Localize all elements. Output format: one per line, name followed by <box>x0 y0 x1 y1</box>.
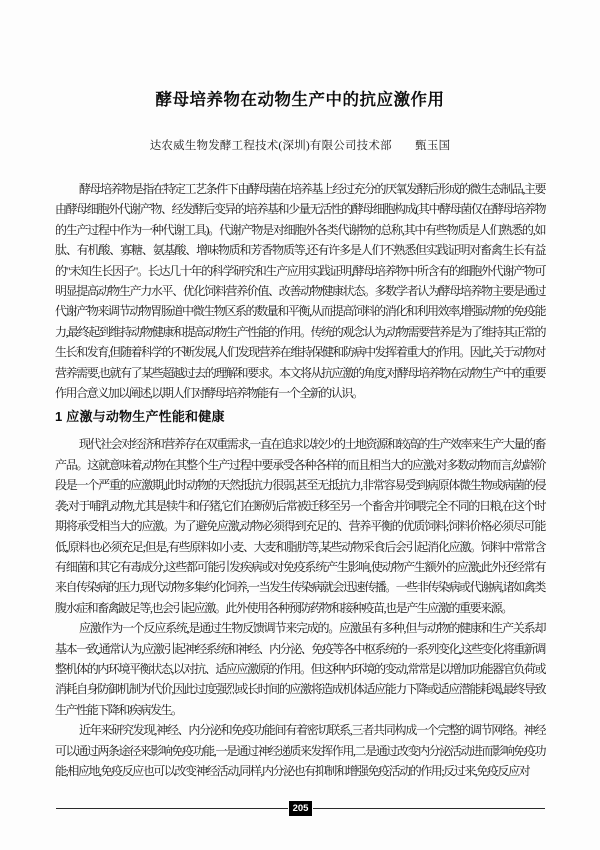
scanned-article-page: 酵母培养物在动物生产中的抗应激作用 达农威生物发酵工程技术(深圳)有限公司技术部… <box>0 0 600 850</box>
page-footer: 205 <box>56 801 545 816</box>
author-affiliation-byline: 达农威生物发酵工程技术(深圳)有限公司技术部 甄玉国 <box>0 137 600 155</box>
article-body: 酵母培养物是指在特定工艺条件下由酵母菌在培养基上经过充分的厌氧发酵后形成的微生态… <box>55 179 545 781</box>
page-number-badge: 205 <box>289 801 313 816</box>
intro-paragraph: 酵母培养物是指在特定工艺条件下由酵母菌在培养基上经过充分的厌氧发酵后形成的微生态… <box>55 179 545 403</box>
section-1-paragraph-1: 现代社会对经济和营养存在双重需求,一直在追求以较少的土地资源和较高的生产效率来生… <box>55 434 545 618</box>
section-1-heading: 1 应激与动物生产性能和健康 <box>55 407 545 427</box>
section-1-paragraph-3: 近年来研究发现,神经、内分泌和免疫功能间有着密切联系,三者共同构成一个完整的调节… <box>55 720 545 781</box>
article-title: 酵母培养物在动物生产中的抗应激作用 <box>0 88 600 112</box>
section-1-paragraph-2: 应激作为一个反应系统,是通过生物反馈调节来完成的。应激虽有多种,但与动物的健康和… <box>55 618 545 720</box>
footer-rule-right <box>313 808 545 809</box>
footer-rule-left <box>56 808 288 809</box>
